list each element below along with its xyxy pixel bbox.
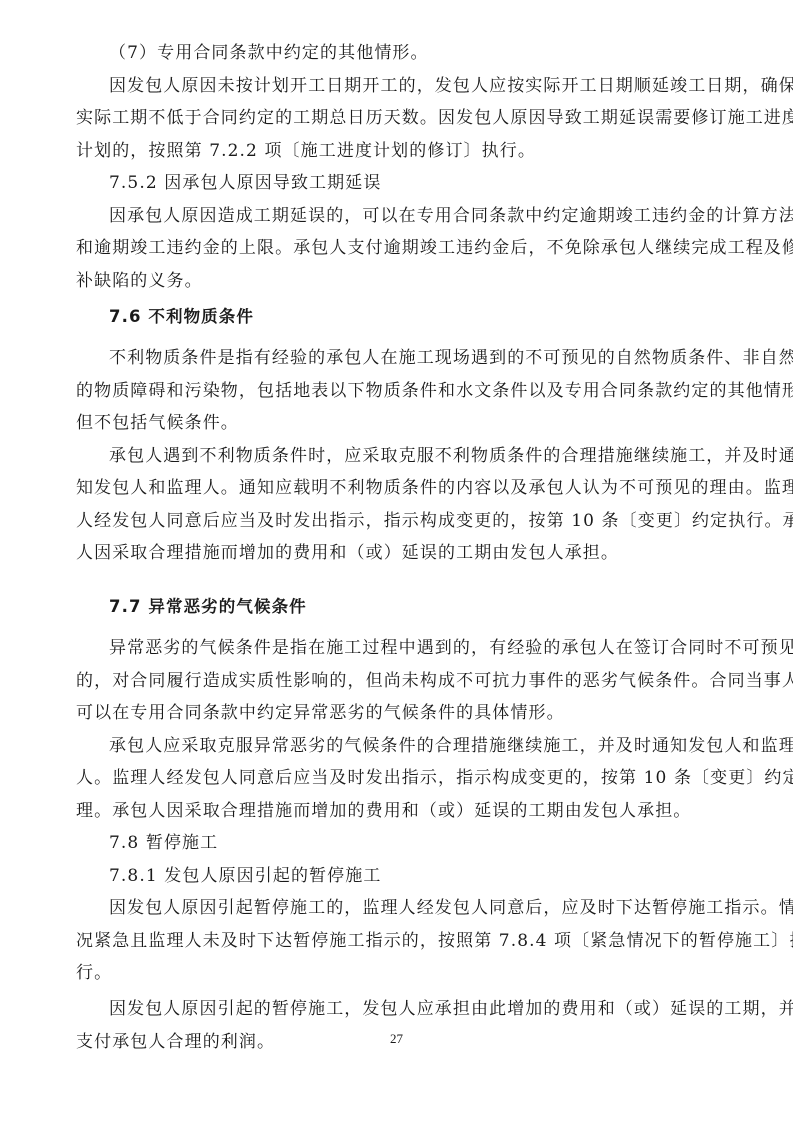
- page-number: 27: [0, 1031, 793, 1047]
- text-line: 因发包人原因引起的暂停施工，发包人应承担由此增加的费用和（或）延误的工期，并: [109, 994, 793, 1024]
- text-line: 7.8 暂停施工: [109, 828, 218, 858]
- text-line: 人。监理人经发包人同意后应当及时发出指示，指示构成变更的，按第 10 条〔变更〕…: [76, 763, 793, 793]
- text-line: 承包人应采取克服异常恶劣的气候条件的合理措施继续施工，并及时通知发包人和监理: [109, 731, 793, 761]
- text-line: 的，对合同履行造成实质性影响的，但尚未构成不可抗力事件的恶劣气候条件。合同当事人: [76, 666, 793, 696]
- text-line: 况紧急且监理人未及时下达暂停施工指示的，按照第 7.8.4 项〔紧急情况下的暂停…: [76, 926, 793, 956]
- text-line: 理。承包人因采取合理措施而增加的费用和（或）延误的工期由发包人承担。: [76, 796, 691, 826]
- text-line: 不利物质条件是指有经验的承包人在施工现场遇到的不可预见的自然物质条件、非自然: [109, 343, 793, 373]
- text-line: 7.8.1 发包人原因引起的暂停施工: [109, 861, 381, 891]
- text-line: 人经发包人同意后应当及时发出指示，指示构成变更的，按第 10 条〔变更〕约定执行…: [76, 506, 793, 536]
- text-line: 因承包人原因造成工期延误的，可以在专用合同条款中约定逾期竣工违约金的计算方法: [109, 201, 793, 231]
- text-line: 可以在专用合同条款中约定异常恶劣的气候条件的具体情形。: [76, 698, 565, 728]
- text-line: 人因采取合理措施而增加的费用和（或）延误的工期由发包人承担。: [76, 538, 619, 568]
- section-heading: 7.6 不利物质条件: [109, 302, 254, 332]
- text-line: （7）专用合同条款中约定的其他情形。: [109, 38, 429, 68]
- text-line: 异常恶劣的气候条件是指在施工过程中遇到的，有经验的承包人在签订合同时不可预见: [109, 633, 793, 663]
- text-line: 因发包人原因未按计划开工日期开工的，发包人应按实际开工日期顺延竣工日期，确保: [109, 71, 793, 101]
- text-line: 的物质障碍和污染物，包括地表以下物质条件和水文条件以及专用合同条款约定的其他情形…: [76, 376, 793, 406]
- text-line: 实际工期不低于合同约定的工期总日历天数。因发包人原因导致工期延误需要修订施工进度: [76, 103, 793, 133]
- section-heading: 7.7 异常恶劣的气候条件: [109, 592, 307, 622]
- text-line: 行。: [76, 958, 112, 988]
- text-line: 但不包括气候条件。: [76, 408, 239, 438]
- text-line: 7.5.2 因承包人原因导致工期延误: [109, 168, 381, 198]
- text-line: 计划的，按照第 7.2.2 项〔施工进度计划的修订〕执行。: [76, 136, 536, 166]
- text-line: 补缺陷的义务。: [76, 266, 203, 296]
- text-line: 承包人遇到不利物质条件时，应采取克服不利物质条件的合理措施继续施工，并及时通: [109, 441, 793, 471]
- text-line: 和逾期竣工违约金的上限。承包人支付逾期竣工违约金后，不免除承包人继续完成工程及修: [76, 233, 793, 263]
- text-line: 知发包人和监理人。通知应载明不利物质条件的内容以及承包人认为不可预见的理由。监理: [76, 473, 793, 503]
- text-line: 因发包人原因引起暂停施工的，监理人经发包人同意后，应及时下达暂停施工指示。情: [109, 893, 793, 923]
